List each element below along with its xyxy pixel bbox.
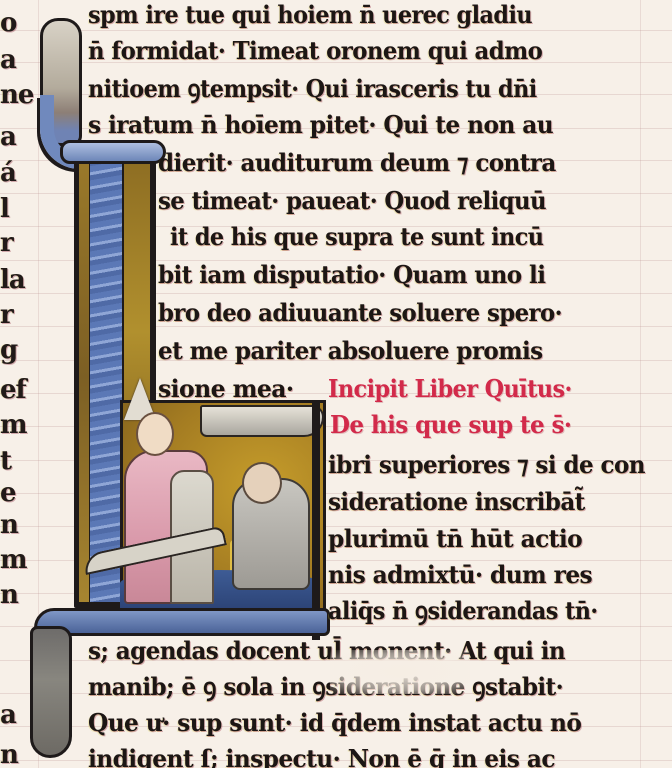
text-line: et me pariter absoluere promis	[158, 336, 543, 366]
text-line: ibri superiores ⁊ si de con	[328, 450, 645, 480]
margin-fragment: m	[0, 545, 27, 575]
initial-foot-bar	[34, 608, 330, 636]
margin-fragment: r	[0, 300, 13, 330]
margin-rule	[38, 0, 39, 768]
initial-top-finial	[40, 18, 82, 146]
ruling-line	[0, 593, 672, 594]
text-line: it de his que supra te sunt incū	[170, 222, 543, 252]
initial-stem-gold-right	[124, 152, 150, 602]
text-line: s; agendas docent ul̄ monent· At qui in	[88, 636, 565, 666]
margin-fragment: t	[0, 446, 11, 476]
margin-fragment: a	[0, 122, 16, 152]
initial-stem-frame	[74, 146, 156, 608]
margin-fragment: la	[0, 265, 25, 295]
scene-ground-blue	[120, 570, 320, 610]
adjacent-column-fragments: o a ne a á l r la r g ef m t e n m n a n	[0, 0, 34, 768]
margin-fragment: a	[0, 45, 16, 75]
margin-fragment: e	[0, 478, 16, 508]
text-line: sione mea·	[158, 374, 294, 404]
bishop-mitre	[124, 378, 156, 420]
margin-fragment: n	[0, 740, 18, 768]
margin-fragment: r	[0, 228, 13, 258]
text-line: manib; ē ꝯ sola in ꝯsideratione ꝯstabit·	[88, 672, 563, 702]
margin-rule	[640, 0, 641, 768]
ruling-line	[0, 626, 672, 627]
initial-stem-gold-left	[79, 152, 89, 602]
monk-head	[242, 462, 282, 504]
manuscript-page: o a ne a á l r la r g ef m t e n m n a n	[0, 0, 672, 768]
initial-scene-gold-ground	[120, 400, 326, 616]
margin-fragment: ef	[0, 375, 26, 405]
margin-fragment: á	[0, 158, 16, 188]
text-line: dierit· auditurum deum ⁊ contra	[158, 148, 556, 178]
ruling-line	[0, 293, 672, 294]
margin-fragment: ne	[0, 80, 33, 110]
text-line: bro deo adiuuante soluere spero·	[158, 298, 562, 328]
drapery-canopy	[200, 405, 324, 437]
initial-stem-blue	[90, 152, 122, 602]
text-line: n̄ formidat· Timeat oronem qui admo	[88, 36, 542, 66]
bishop-head	[136, 412, 174, 456]
monk-figure	[232, 478, 310, 590]
ruling-line	[0, 30, 672, 31]
margin-fragment: m	[0, 410, 27, 440]
text-line: sideratione inscribāt̃	[328, 487, 585, 517]
bishop-chasuble	[124, 450, 208, 604]
margin-fragment: o	[0, 8, 16, 38]
text-line: aliq̄s n̄ ꝯsiderandas tn̄·	[328, 596, 598, 626]
text-line: spm ire tue qui hoiem n̄ uerec gladiu	[88, 0, 532, 30]
rubric-incipit: Incipit Liber Quītus·	[328, 374, 572, 404]
margin-fragment: a	[0, 700, 16, 730]
initial-right-post	[312, 400, 320, 640]
margin-fragment: l	[0, 194, 9, 224]
margin-fragment: n	[0, 580, 18, 610]
text-line: indigent ſ; inspectu· Non ē ḡ in eis ac	[88, 744, 555, 768]
rubric-title: De his que sup te s̄·	[330, 410, 571, 440]
text-line: plurimū tn̄ hūt actio	[328, 524, 582, 554]
text-line: se timeat· paueat· Quod reliquū	[158, 186, 546, 216]
text-line: s iratum n̄ hoīem pitet· Qui te non au	[88, 110, 553, 140]
margin-fragment: n	[0, 510, 18, 540]
text-line: nitioem ꝯtempsit· Qui irasceris tu dn̄i	[88, 74, 537, 104]
bishop-sleeve	[170, 470, 214, 604]
initial-foot-tail	[30, 626, 72, 758]
margin-fragment: g	[0, 335, 17, 365]
text-line: Que ư· sup sunt· id q̄dem instat actu nō	[88, 708, 581, 738]
text-line: nis admixtū· dum res	[328, 560, 592, 590]
abraded-area	[330, 650, 470, 694]
text-line: bit iam disputatio· Quam uno li	[158, 260, 545, 290]
scroll-band	[82, 525, 227, 575]
